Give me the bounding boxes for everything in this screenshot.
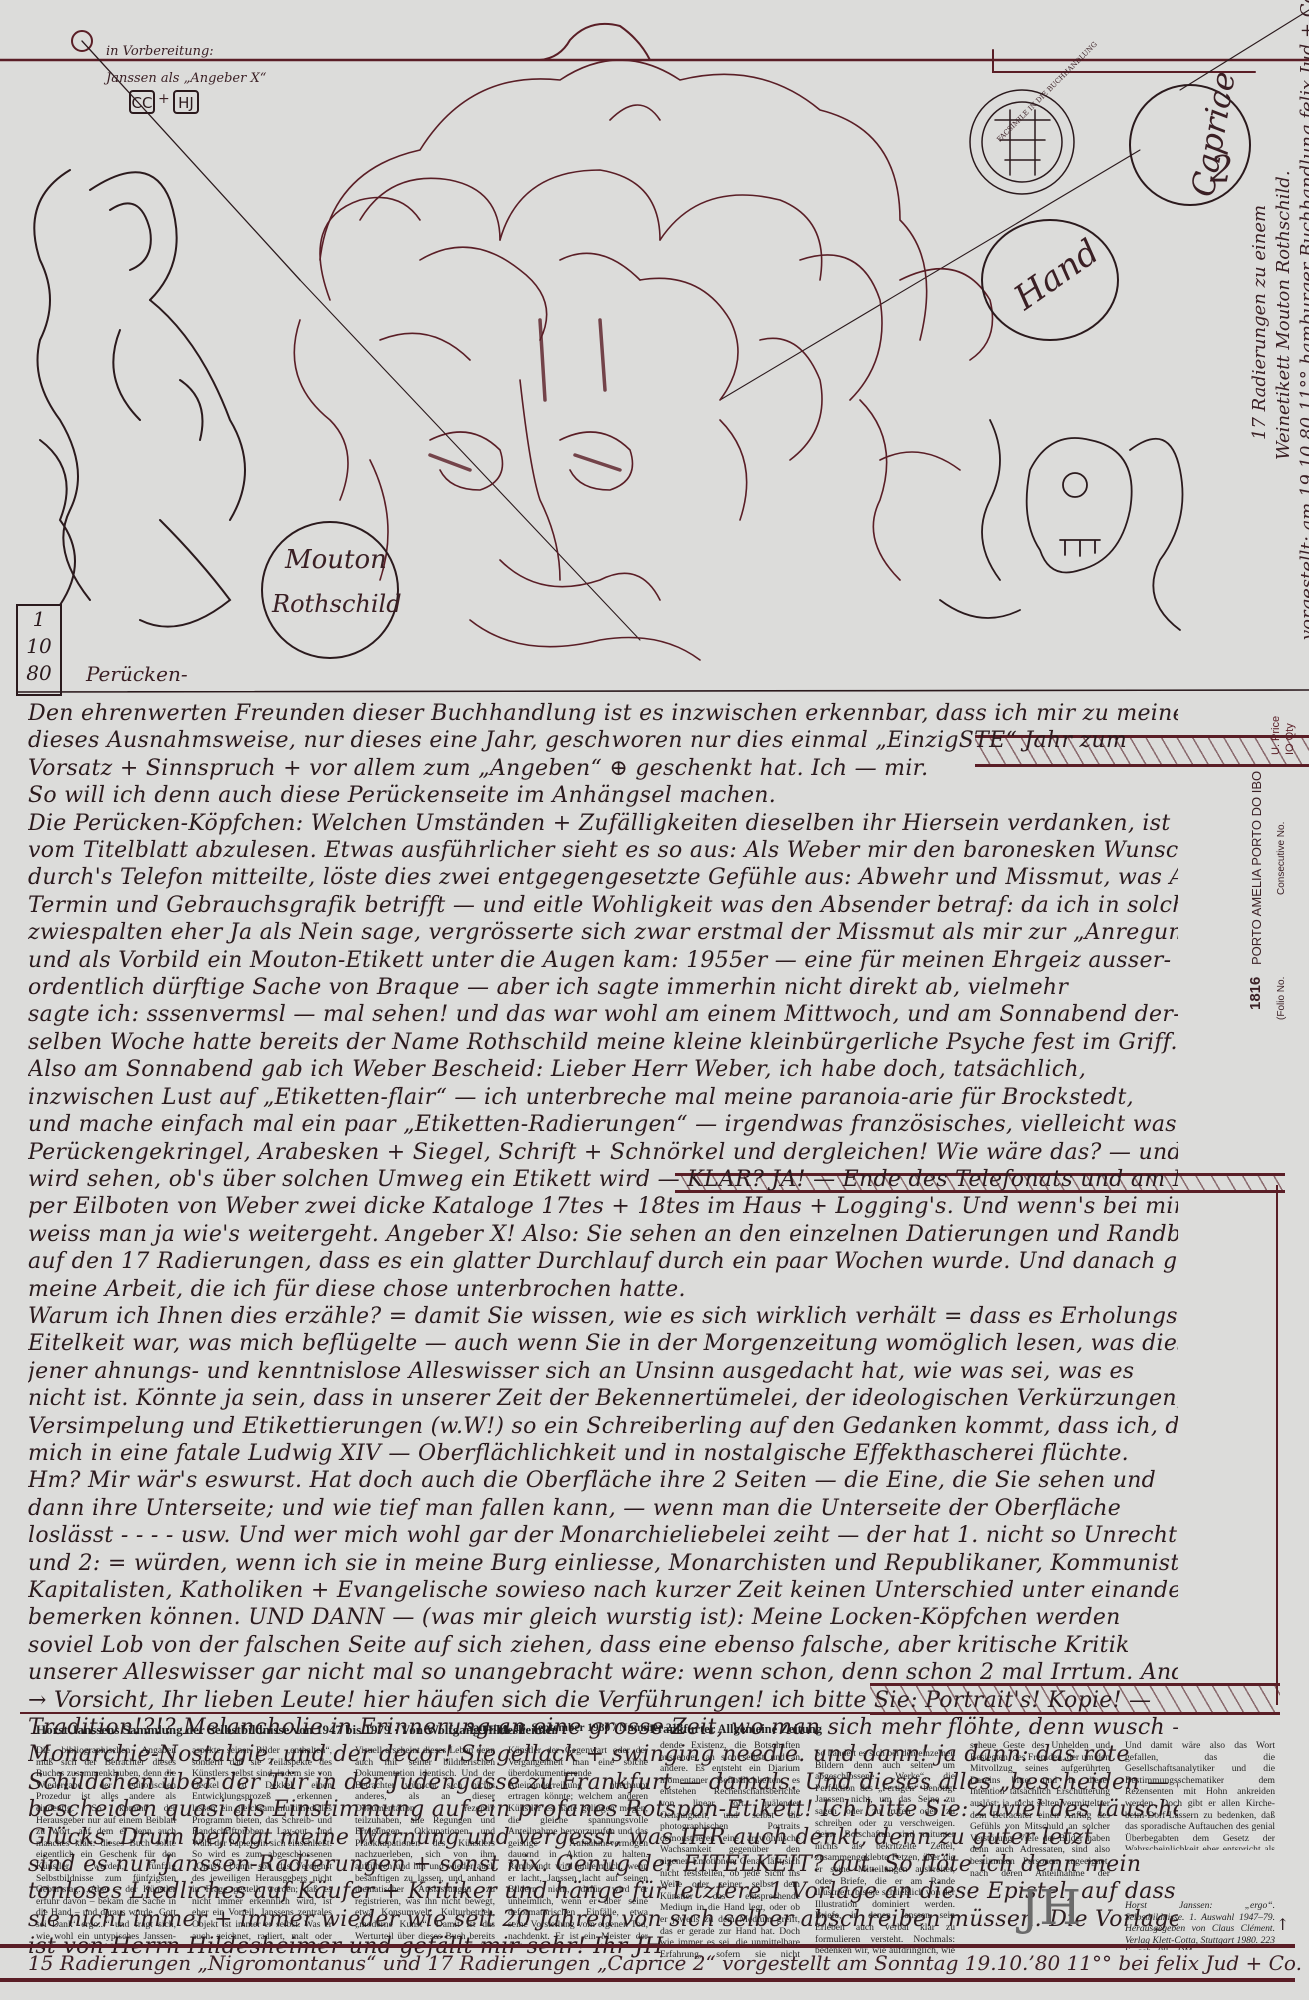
letter-line: dann ihre Unterseite; und wie tief man f… xyxy=(28,1495,1178,1522)
letter-line: Termin und Gebrauchsgrafik betrifft — un… xyxy=(28,892,1178,919)
letter-line: unserer Alleswisser gar nicht mal so una… xyxy=(28,1659,1178,1686)
letter-line: selben Woche hatte bereits der Name Roth… xyxy=(28,1029,1178,1056)
label-mouton: Mouton xyxy=(285,545,387,575)
stamp-hj: HJ xyxy=(173,90,199,114)
note-line-1: in Vorbereitung: xyxy=(106,44,266,59)
stamp-plus: + xyxy=(158,91,170,107)
letter-line: Kapitalisten, Katholiken + Evangelische … xyxy=(28,1577,1178,1604)
stamp-cc: CC xyxy=(129,90,155,114)
margin-line-2: Weinetikett Mouton Rothschild. xyxy=(1272,0,1296,640)
label-folio: (Folio No. xyxy=(1276,977,1287,1020)
label-consecutive: Consecutive No. xyxy=(1276,822,1287,895)
arrow-up-icon: ↑ xyxy=(1276,1915,1289,1934)
date-day: 1 xyxy=(18,606,60,633)
letter-line: Die Perücken-Köpfchen: Welchen Umständen… xyxy=(28,810,1178,837)
letter-line: → Vorsicht, Ihr lieben Leute! hier häufe… xyxy=(28,1687,1178,1714)
letter-line: Den ehrenwerten Freunden dieser Buchhand… xyxy=(28,700,1178,727)
news-column-5: dende Existenz, die Botschaften aussende… xyxy=(660,1740,800,1960)
letter-line: inzwischen Lust auf „Etiketten-flair“ — … xyxy=(28,1084,1178,1111)
letter-line: loslässt - - - - usw. Und wer mich wohl … xyxy=(28,1522,1178,1549)
letter-line: Eitelkeit war, was mich beflügelte — auc… xyxy=(28,1330,1178,1357)
letter-line: Perückengekringel, Arabesken + Siegel, S… xyxy=(28,1139,1178,1166)
news-column-4: Künstler der Gegenwart oder der Vergange… xyxy=(508,1745,648,1945)
peruecken-label: Perücken- xyxy=(86,662,188,686)
label-rothschild: Rothschild xyxy=(272,590,402,618)
letter-line: zwiespalten eher Ja als Nein sage, vergr… xyxy=(28,919,1178,946)
letter-line: nicht ist. Könnte ja sein, dass in unser… xyxy=(28,1385,1178,1412)
letter-line: per Eilboten von Weber zwei dicke Katalo… xyxy=(28,1193,1178,1220)
date-year: 80 xyxy=(18,660,60,687)
right-margin-note: 17 Radierungen zu einem Weinetikett Mout… xyxy=(1248,0,1309,640)
right-frame-line xyxy=(1276,1185,1278,1705)
news-column-7: scheue Geste des Unhelden und Besiegten,… xyxy=(970,1740,1110,1880)
letter-line: ordentlich dürftige Sache von Braque — a… xyxy=(28,974,1178,1001)
book-reference: Horst Janssen: „ergo“. Selbstbildnisse. … xyxy=(1125,1900,1275,1950)
letter-line: Versimpelung und Etikettierungen (w.W!) … xyxy=(28,1413,1178,1440)
footer-announcement: 15 Radierungen „Nigromontanus“ und 17 Ra… xyxy=(28,1951,1302,1975)
news-column-1: Die bibliographischen Angaben muß sich d… xyxy=(36,1745,176,1945)
letter-line: sagte ich: sssenvermsl — mal sehen! und … xyxy=(28,1001,1178,1028)
letter-line: durch's Telefon mitteilte, löste dies zw… xyxy=(28,864,1178,891)
date-month: 10 xyxy=(18,633,60,660)
label-u-price: U. Price xyxy=(1270,716,1282,755)
news-column-6: So handelt es sich bei den einzelnen Bil… xyxy=(815,1748,955,1958)
letter-line: dieses Ausnahmsweise, nur dieses eine Ja… xyxy=(28,727,1178,754)
news-column-8: Und damit wäre also das Wort gefallen, d… xyxy=(1125,1740,1275,1850)
letter-line: auf den 17 Radierungen, dass es ein glat… xyxy=(28,1248,1178,1275)
letter-line: bemerken können. UND DANN — (was mir gle… xyxy=(28,1604,1178,1631)
letter-line: vom Titelblatt abzulesen. Etwas ausführl… xyxy=(28,837,1178,864)
letter-line: Hm? Mir wär's eswurst. Hat doch auch die… xyxy=(28,1467,1178,1494)
letter-line: wird sehen, ob's über solchen Umweg ein … xyxy=(28,1166,1178,1193)
signature-jh: JH xyxy=(1020,1880,1081,1936)
letter-line: und als Vorbild ein Mouton-Etikett unter… xyxy=(28,947,1178,974)
margin-line-1: 17 Radierungen zu einem xyxy=(1248,0,1272,640)
letter-line: So will ich denn auch diese Perückenseit… xyxy=(28,782,1178,809)
in-preparation-note: in Vorbereitung: Janssen als „Angeber X“ xyxy=(106,44,266,86)
footer-rule-bottom xyxy=(0,1978,1295,1982)
news-column-3: Visuell erscheint dieses Leben denn auch… xyxy=(355,1745,495,1945)
news-column-2: aspekte seiner Bilder „enthalten“, sonde… xyxy=(192,1745,332,1945)
label-io-qty: IO Qty xyxy=(1284,723,1296,755)
label-caprice-number: 2 xyxy=(1210,150,1233,191)
margin-line-3: vorgestellt: am 19.10.80 11°° hamburger … xyxy=(1296,0,1309,640)
letter-line: mich in eine fatale Ludwig XIV — Oberflä… xyxy=(28,1440,1178,1467)
footer-rule-top xyxy=(0,1944,1295,1948)
letter-line: und mache einfach mal ein paar „Etikette… xyxy=(28,1111,1178,1138)
letter-line: Vorsatz + Sinnspruch + vor allem zum „An… xyxy=(28,755,1178,782)
newspaper-masthead: Frankfurter Allgemeine Zeitung xyxy=(650,1722,822,1737)
letter-line: meine Arbeit, die ich für diese chose un… xyxy=(28,1276,1178,1303)
letter-line: jener ahnungs- und kenntnislose Alleswis… xyxy=(28,1358,1178,1385)
letter-line: Also am Sonnabend gab ich Weber Bescheid… xyxy=(28,1056,1178,1083)
letter-bottom-rule xyxy=(20,1712,1280,1714)
note-line-2: Janssen als „Angeber X“ xyxy=(106,71,266,86)
letter-line: und 2: = würden, wenn ich sie in meine B… xyxy=(28,1550,1178,1577)
letter-line: Warum ich Ihnen dies erzähle? = damit Si… xyxy=(28,1303,1178,1330)
label-place: PORTO AMELIA PORTO DO IBO xyxy=(1249,771,1264,965)
letter-line: weiss man ja wie's weitergeht. Angeber X… xyxy=(28,1221,1178,1248)
letter-line: soviel Lob von der falschen Seite auf si… xyxy=(28,1632,1178,1659)
label-year: 1816 xyxy=(1247,977,1264,1010)
date-box: 1 10 80 xyxy=(16,604,62,696)
